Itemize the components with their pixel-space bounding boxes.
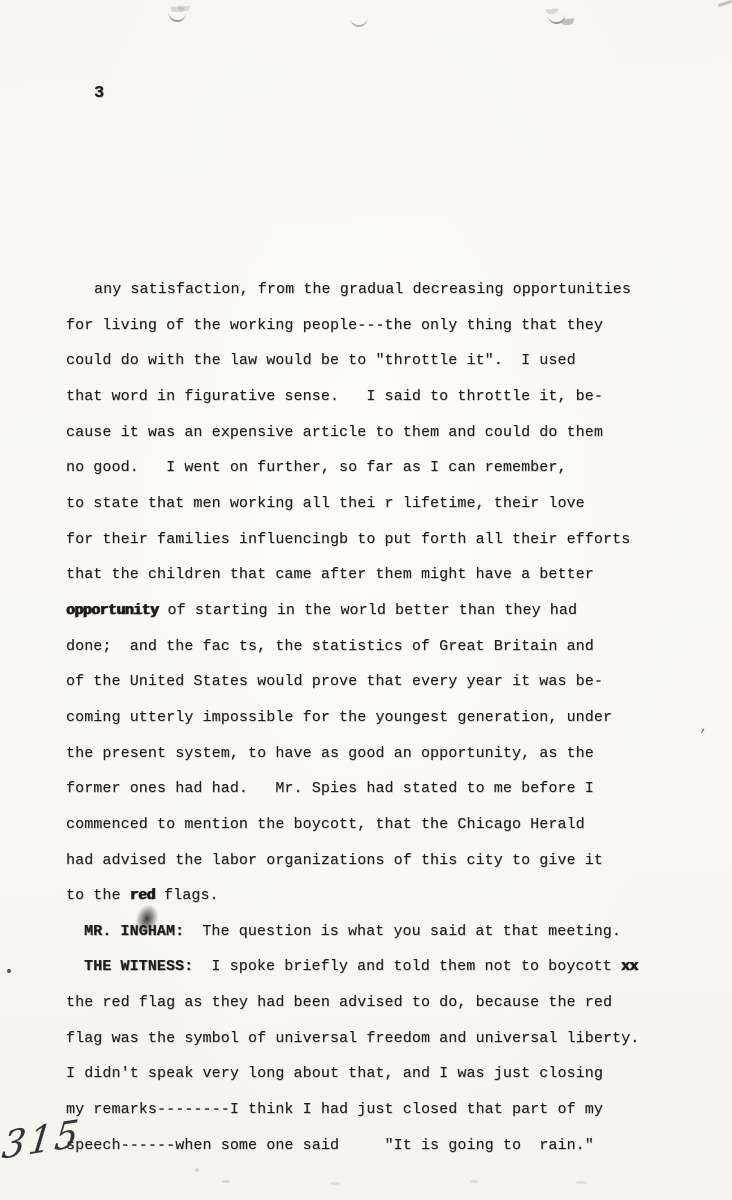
transcript-line: could do with the law would be to "throt… bbox=[66, 343, 686, 379]
line-segment: of starting in the world better than the… bbox=[158, 602, 577, 619]
transcript-line: commenced to mention the boycott, that t… bbox=[66, 807, 686, 843]
page-number: 3 bbox=[94, 84, 104, 103]
overstruck-text: xx bbox=[621, 958, 638, 975]
transcript-line: to the red flags. bbox=[66, 878, 686, 914]
transcript-line: the present system, to have as good an o… bbox=[66, 736, 686, 772]
transcript-line: flag was the symbol of universal freedom… bbox=[66, 1021, 686, 1057]
overstruck-text: red bbox=[130, 887, 155, 904]
line-segment: I spoke briefly and told them not to boy… bbox=[193, 958, 621, 975]
transcript-line: my remarks--------I think I had just clo… bbox=[66, 1092, 686, 1128]
transcript-line: that the children that came after them m… bbox=[66, 557, 686, 593]
scan-smudge-icon bbox=[548, 13, 567, 25]
transcript-line: no good. I went on further, so far as I … bbox=[66, 450, 686, 486]
line-segment: flags. bbox=[155, 887, 219, 904]
scan-speck: , bbox=[699, 719, 710, 736]
transcript-line: coming utterly impossible for the younge… bbox=[66, 700, 686, 736]
speaker-label: THE WITNESS: bbox=[84, 958, 193, 975]
line-segment: to the bbox=[66, 887, 130, 904]
transcript-line: speech------when some one said "It is go… bbox=[66, 1128, 686, 1164]
scan-smudge-icon bbox=[350, 17, 368, 28]
transcript-line: MR. INGHAM: The question is what you sai… bbox=[66, 914, 686, 950]
line-segment: The question is what you said at that me… bbox=[184, 923, 621, 940]
scan-corner-mark bbox=[718, 0, 732, 7]
transcript-line: THE WITNESS: I spoke briefly and told th… bbox=[66, 949, 686, 985]
transcript-line: former ones had had. Mr. Spies had state… bbox=[66, 771, 686, 807]
transcript-line: of the United States would prove that ev… bbox=[66, 664, 686, 700]
margin-dot bbox=[7, 969, 11, 973]
transcript-line: that word in figurative sense. I said to… bbox=[66, 379, 686, 415]
scan-speck bbox=[195, 1168, 199, 1172]
scan-smudge-icon bbox=[168, 11, 187, 22]
transcript-line: the red flag as they had been advised to… bbox=[66, 985, 686, 1021]
scan-speck bbox=[222, 1180, 230, 1183]
speaker-label: MR. INGHAM: bbox=[84, 923, 184, 940]
transcript-line: opportunity of starting in the world bet… bbox=[66, 593, 686, 629]
overstruck-text: opportunity bbox=[66, 602, 158, 619]
transcript-line: I didn't speak very long about that, and… bbox=[66, 1056, 686, 1092]
scan-speck bbox=[575, 1181, 587, 1184]
transcript-line: for their families influencingb to put f… bbox=[66, 522, 686, 558]
document-page: 3 any satisfaction, from the gradual dec… bbox=[0, 0, 732, 1200]
scan-speck bbox=[470, 1180, 479, 1183]
transcript-text: any satisfaction, from the gradual decre… bbox=[66, 272, 686, 1163]
transcript-line: had advised the labor organizations of t… bbox=[66, 843, 686, 879]
transcript-line: for living of the working people---the o… bbox=[66, 308, 686, 344]
transcript-line: cause it was an expensive article to the… bbox=[66, 415, 686, 451]
transcript-line: to state that men working all thei r lif… bbox=[66, 486, 686, 522]
transcript-line: done; and the fac ts, the statistics of … bbox=[66, 629, 686, 665]
transcript-line: any satisfaction, from the gradual decre… bbox=[66, 272, 686, 308]
scan-speck bbox=[330, 1182, 340, 1185]
